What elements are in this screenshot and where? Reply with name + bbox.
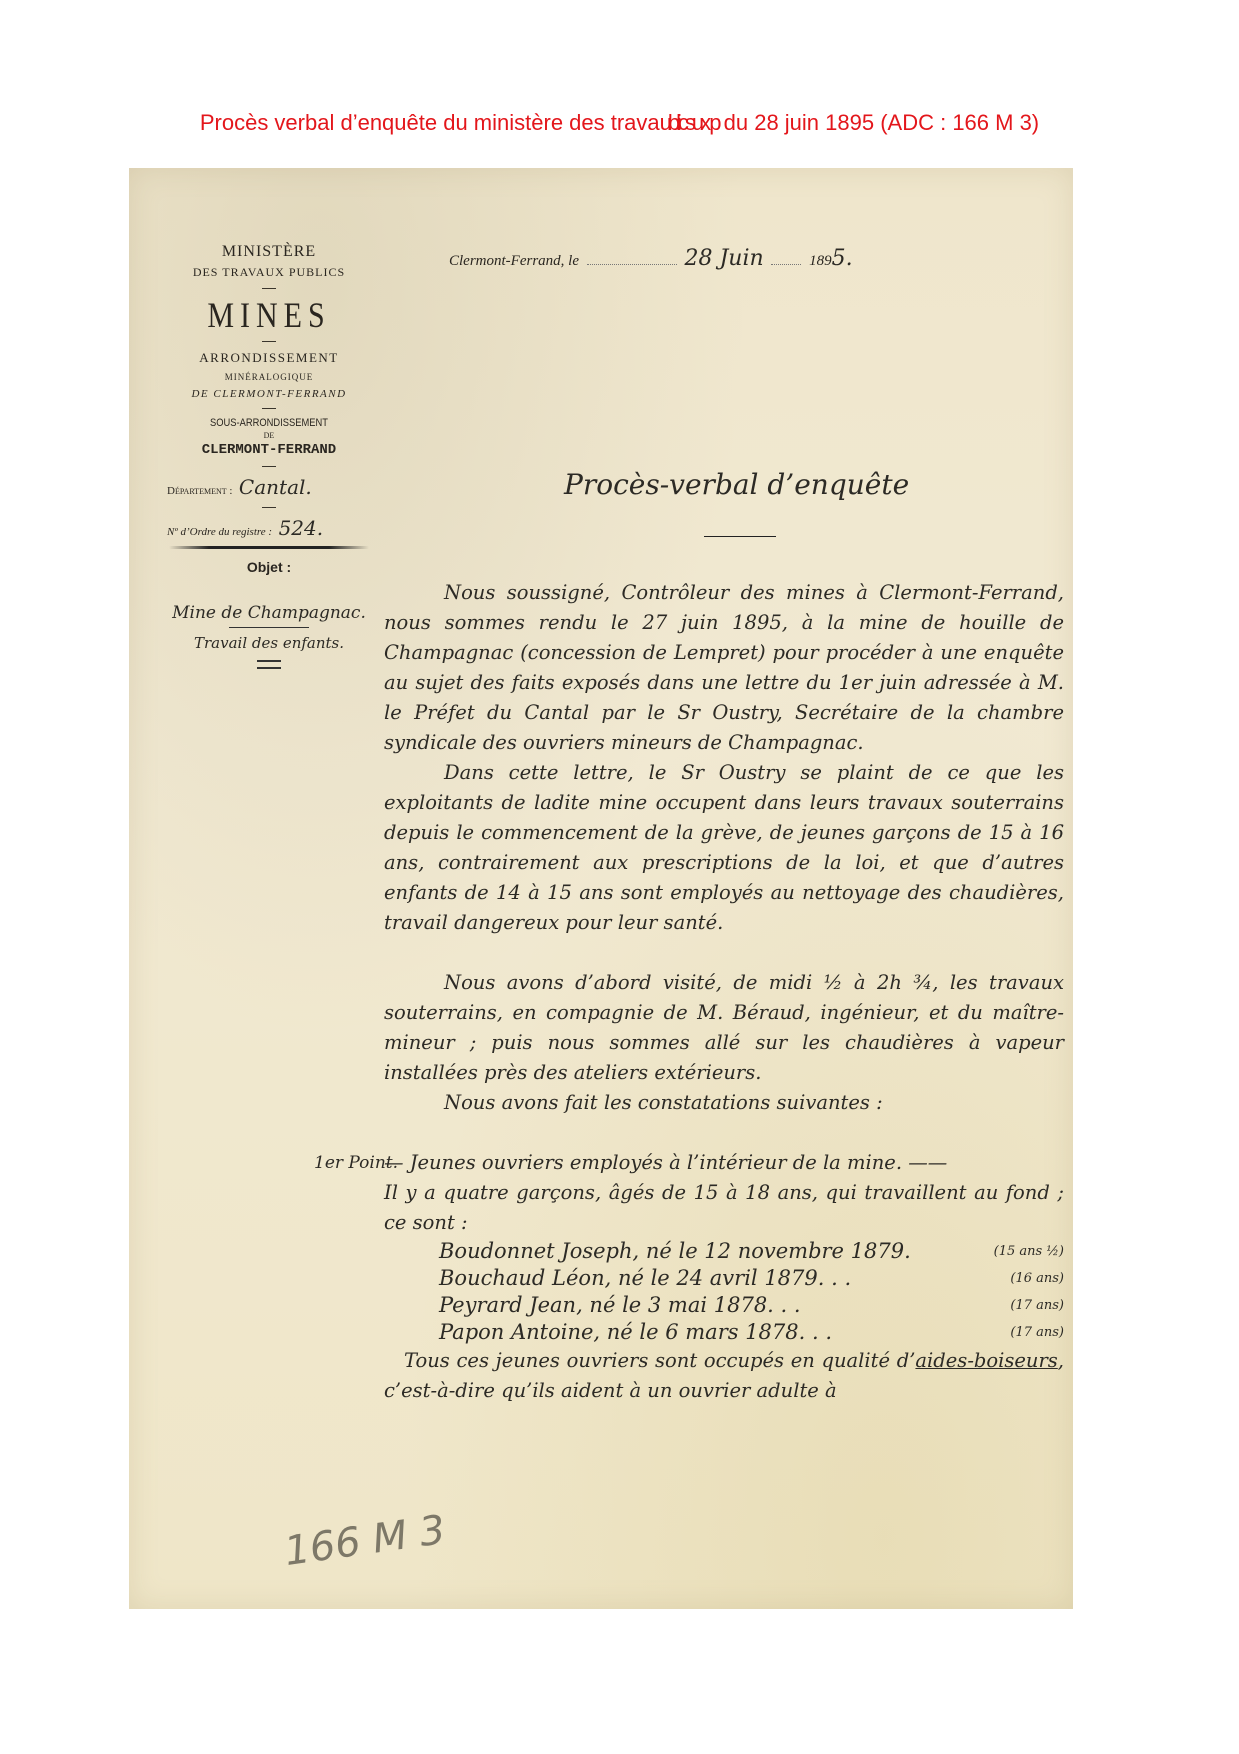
paragraph-5: Tous ces jeunes ouvriers sont occupés en… [384,1346,1064,1406]
letterhead-de: DE [159,431,379,440]
worker-name: Boudonnet Joseph, né le 12 novembre 1879… [439,1238,911,1265]
caption-text-start: Procès verbal d’enquête du ministère des… [200,110,660,135]
paragraph-2: Dans cette lettre, le Sr Oustry se plain… [384,758,1064,938]
letterhead: MINISTÈRE DES TRAVAUX PUBLICS MINES ARRO… [159,243,379,669]
document-caption: Procès verbal d’enquête du ministère des… [0,110,1239,136]
archive-pencil-mark: 166 M 3 [282,1507,449,1575]
letterhead-mineralogique: MINÉRALOGIQUE [159,372,379,382]
ordre-value: 524. [279,516,324,540]
worker-name: Peyrard Jean, né le 3 mai 1878. . . [439,1292,801,1319]
dateline-year-printed: 189 [809,253,832,269]
dotted-fill [587,264,677,265]
document-body: Nous soussigné, Contrôleur des mines à C… [384,578,1064,1406]
spacer [384,1118,1064,1148]
letterhead-arrondissement: ARRONDISSEMENT [159,350,379,366]
worker-age: (17 ans) [1010,1292,1064,1319]
worker-age: (16 ans) [1010,1265,1064,1292]
letterhead-ministere: MINISTÈRE [159,243,379,261]
paragraph-1: Nous soussigné, Contrôleur des mines à C… [384,578,1064,758]
spacer [384,938,1064,968]
ordre-label: Nº d’Ordre du registre : [167,526,272,538]
worker-name: Bouchaud Léon, né le 24 avril 1879. . . [439,1265,851,1292]
letterhead-travaux-publics: DES TRAVAUX PUBLICS [159,265,379,280]
scanned-document-page: MINISTÈRE DES TRAVAUX PUBLICS MINES ARRO… [129,168,1073,1609]
dotted-fill [771,264,801,265]
point-1: 1er Point. — Jeunes ouvriers employés à … [324,1148,1064,1178]
dateline-place: Clermont-Ferrand, le [449,253,579,269]
divider [262,408,276,409]
letterhead-clermont-ferrand: CLERMONT-FERRAND [159,442,379,458]
worker-age: (15 ans ½) [994,1238,1064,1265]
objet-line-2: Travail des enfants. [159,634,379,652]
divider [262,466,276,467]
point-heading: — Jeunes ouvriers employés à l’intérieur… [384,1148,1064,1178]
title-underline [704,536,776,537]
dateline-date: 28 Juin [684,246,763,271]
dateline: Clermont-Ferrand, le 28 Juin 1895. [449,246,853,271]
worker-name: Papon Antoine, né le 6 mars 1878. . . [439,1319,832,1346]
caption-text-end: du 28 juin 1895 (ADC : 166 M 3) [724,110,1040,135]
double-rule [257,660,281,669]
point-label: 1er Point. [314,1148,398,1178]
dateline-year-handwritten: 5. [832,246,853,271]
paragraph-5-underlined: aides-boiseurs [915,1349,1057,1372]
objet-line-1: Mine de Champagnac. [159,603,379,623]
point-text: Il y a quatre garçons, âgés de 15 à 18 a… [384,1178,1064,1238]
ordre-field: Nº d’Ordre du registre : 524. [159,516,379,540]
letterhead-sous-arrondissement: SOUS-ARRONDISSEMENT [176,417,363,429]
worker-row: Bouchaud Léon, né le 24 avril 1879. . . … [439,1265,1064,1292]
paragraph-3: Nous avons d’abord visité, de midi ½ à 2… [384,968,1064,1088]
paragraph-4: Nous avons fait les constatations suivan… [384,1088,1064,1118]
departement-value: Cantal. [239,475,312,499]
paragraph-5-start: Tous ces jeunes ouvriers sont occupés en… [404,1349,915,1372]
objet-label: Objet : [159,559,379,575]
divider [262,507,276,508]
departement-label: Département : [167,485,232,497]
divider [229,627,309,628]
workers-list: Boudonnet Joseph, né le 12 novembre 1879… [439,1238,1064,1346]
worker-row: Peyrard Jean, né le 3 mai 1878. . . (17 … [439,1292,1064,1319]
worker-row: Papon Antoine, né le 6 mars 1878. . . (1… [439,1319,1064,1346]
departement-field: Département : Cantal. [159,475,379,499]
worker-row: Boudonnet Joseph, né le 12 novembre 1879… [439,1238,1064,1265]
letterhead-de-clermont: DE CLERMONT-FERRAND [159,388,379,400]
worker-age: (17 ans) [1010,1319,1064,1346]
ornamental-rule [169,546,369,549]
letterhead-mines: MINES [159,296,379,337]
document-title: Procès-verbal d’enquête [564,468,909,501]
divider [262,288,276,289]
divider [262,341,276,342]
caption-text-overlap: ublicsux p [660,110,718,135]
